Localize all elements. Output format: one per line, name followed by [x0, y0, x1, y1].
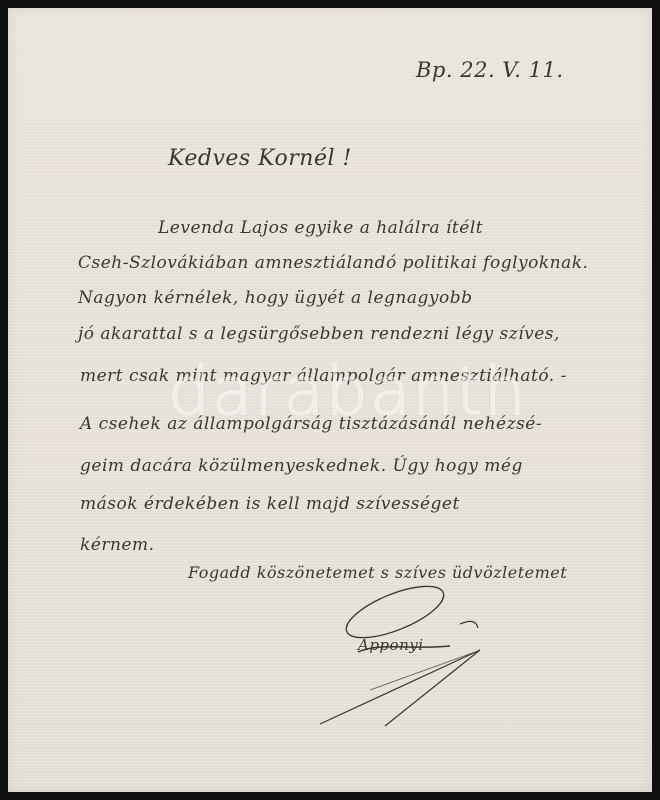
- watermark: darabanth: [168, 353, 528, 430]
- body-line-4: jó akarattal s a legsürgősebben rendezni…: [78, 324, 560, 344]
- signature: Apponyi: [358, 636, 424, 654]
- body-line-9: kérnem.: [80, 535, 155, 555]
- body-line-7: geim dacára közülmenyeskednek. Úgy hogy …: [80, 456, 523, 476]
- body-line-2: Cseh-Szlovákiában amnesztiálandó politik…: [78, 253, 588, 273]
- dateline: Bp. 22. V. 11.: [416, 58, 564, 82]
- signature-flourish-icon: [300, 580, 540, 740]
- body-line-8: mások érdekében is kell majd szívességet: [80, 494, 460, 514]
- body-line-1: Levenda Lajos egyike a halálra ítélt: [158, 218, 483, 238]
- body-line-3: Nagyon kérnélek, hogy ügyét a legnagyobb: [78, 288, 472, 308]
- salutation: Kedves Kornél !: [168, 146, 352, 171]
